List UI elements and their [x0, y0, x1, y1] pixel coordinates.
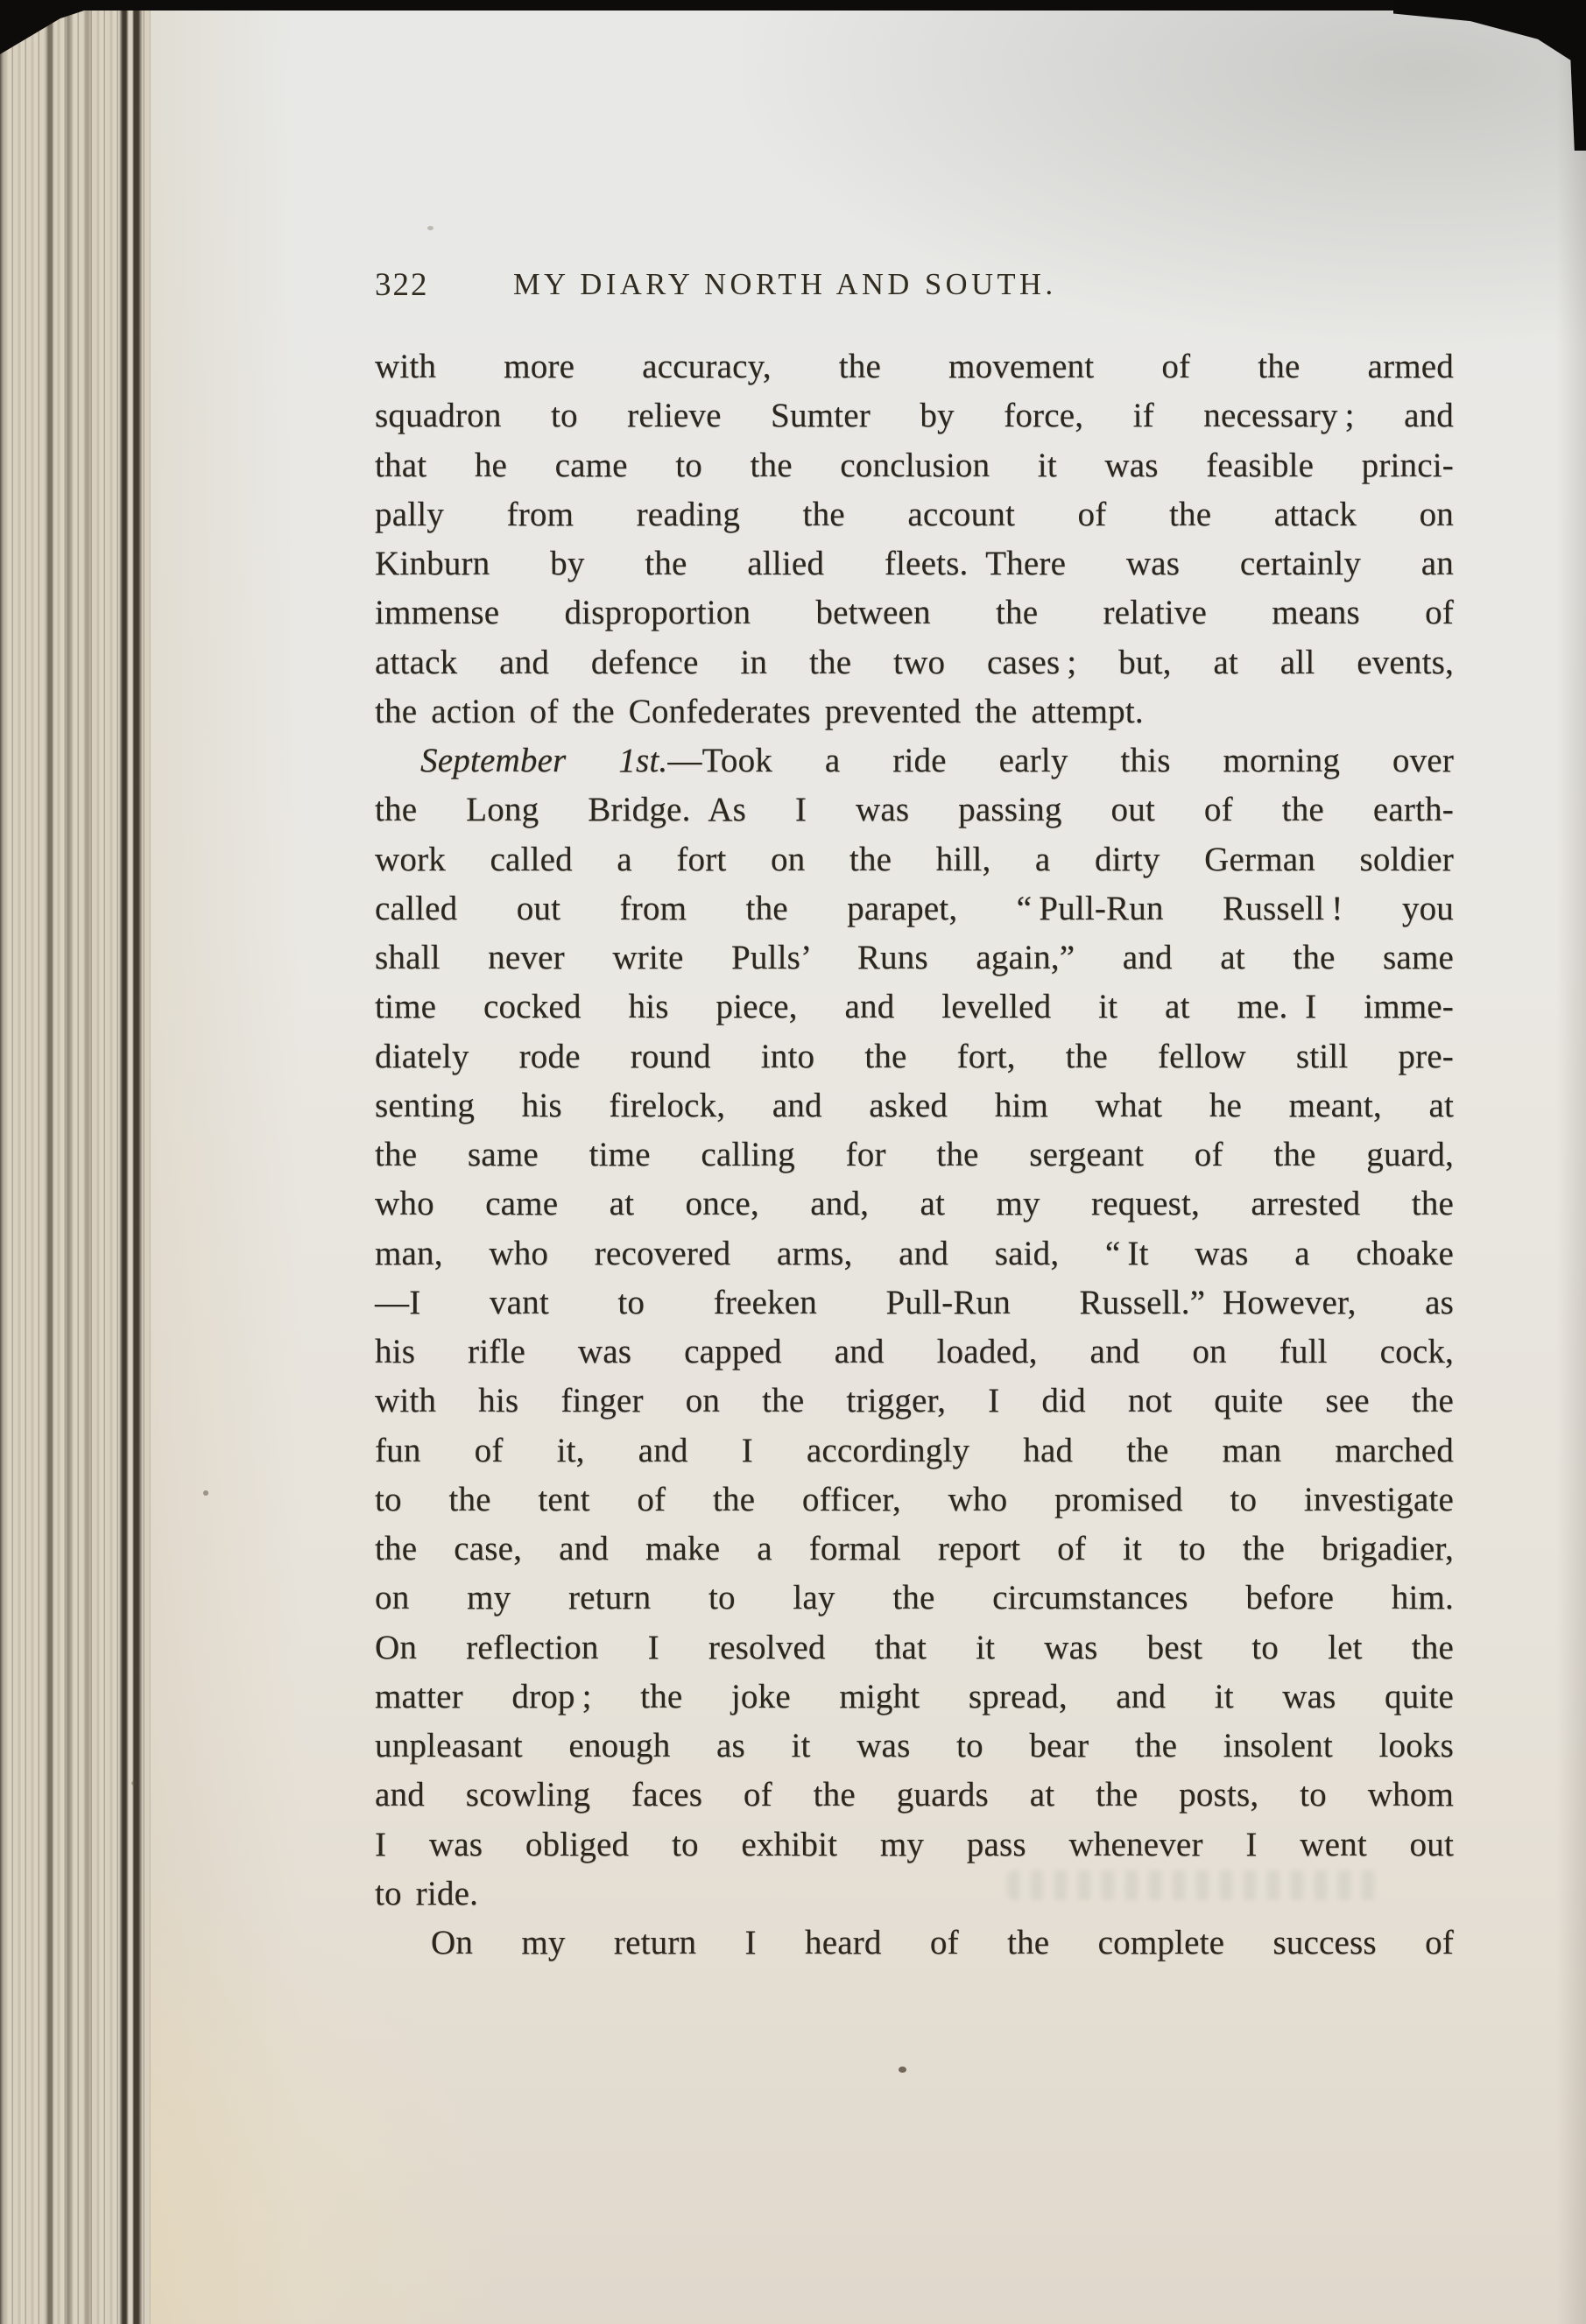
ink-speck — [203, 1490, 208, 1496]
text-line: diately rode round into the fort, the fe… — [375, 1032, 1454, 1081]
text-line: On my return I heard of the complete suc… — [375, 1919, 1454, 1968]
text-line-rest: —Took a ride early this morning over — [667, 742, 1454, 779]
text-line: —I vant to freeken Pull-Run Russell.” Ho… — [375, 1278, 1454, 1327]
text-line: the Long Bridge. As I was passing out of… — [375, 785, 1454, 835]
text-line: man, who recovered arms, and said, “ It … — [375, 1229, 1454, 1278]
ink-speck — [131, 1781, 137, 1785]
text-line: matter drop ; the joke might spread, and… — [375, 1673, 1454, 1722]
text-line: to the tent of the officer, who promised… — [375, 1475, 1454, 1525]
text-line: his rifle was capped and loaded, and on … — [375, 1327, 1454, 1377]
ink-speck — [427, 226, 434, 230]
text-line: with his finger on the trigger, I did no… — [375, 1377, 1454, 1426]
text-line: the action of the Confederates prevented… — [375, 687, 1454, 736]
text-line: work called a fort on the hill, a dirty … — [375, 835, 1454, 884]
page-number: 322 — [375, 266, 429, 304]
page-text: with more accuracy, the movement of the … — [375, 342, 1454, 1968]
text-line: I was obliged to exhibit my pass wheneve… — [375, 1820, 1454, 1870]
text-line: senting his firelock, and asked him what… — [375, 1081, 1454, 1130]
text-line: on my return to lay the circumstances be… — [375, 1574, 1454, 1623]
show-through-smudge — [1007, 1870, 1384, 1900]
text-line: that he came to the conclusion it was fe… — [375, 441, 1454, 490]
text-line: called out from the parapet, “ Pull-Run … — [375, 884, 1454, 933]
text-line: unpleasant enough as it was to bear the … — [375, 1722, 1454, 1771]
text-line: Kinburn by the allied fleets. There was … — [375, 539, 1454, 588]
text-line: pally from reading the account of the at… — [375, 490, 1454, 539]
running-title: MY DIARY NORTH AND SOUTH. — [513, 268, 1057, 302]
text-line: the same time calling for the sergeant o… — [375, 1130, 1454, 1180]
text-line: attack and defence in the two cases ; bu… — [375, 638, 1454, 687]
text-line: time cocked his piece, and levelled it a… — [375, 982, 1454, 1032]
book-photo: 322 MY DIARY NORTH AND SOUTH. with more … — [0, 0, 1586, 2324]
text-line: the case, and make a formal report of it… — [375, 1525, 1454, 1574]
background-top-edge — [0, 0, 1586, 11]
text-line: with more accuracy, the movement of the … — [375, 342, 1454, 391]
running-head: 322 MY DIARY NORTH AND SOUTH. — [375, 263, 1454, 303]
book-page-edges — [0, 0, 151, 2324]
ink-speck — [899, 2067, 906, 2073]
text-line: shall never write Pulls’ Runs again,” an… — [375, 933, 1454, 982]
text-line: and scowling faces of the guards at the … — [375, 1771, 1454, 1820]
text-line: squadron to relieve Sumter by force, if … — [375, 391, 1454, 440]
text-line: On reflection I resolved that it was bes… — [375, 1623, 1454, 1673]
text-line: immense disproportion between the relati… — [375, 588, 1454, 637]
text-line: who came at once, and, at my request, ar… — [375, 1180, 1454, 1229]
text-line: September 1st.—Took a ride early this mo… — [375, 736, 1454, 785]
text-line: fun of it, and I accordingly had the man… — [375, 1426, 1454, 1475]
diary-date: September 1st. — [420, 742, 667, 779]
